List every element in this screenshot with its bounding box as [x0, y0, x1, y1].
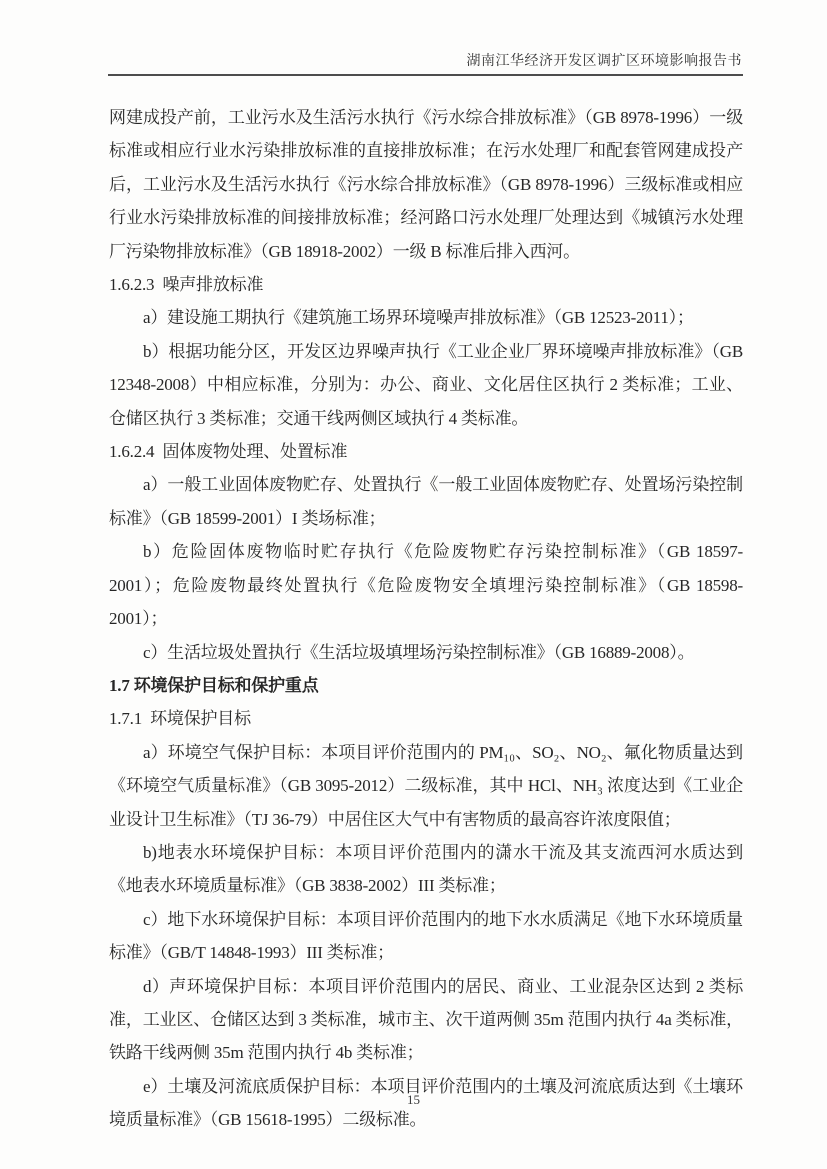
heading-solid-waste-standards: 1.6.2.4 固体废物处理、处置标准 — [109, 435, 743, 468]
page-footer: 15 — [0, 1092, 827, 1108]
header-title: 湖南江华经济开发区调扩区环境影响报告书 — [467, 50, 743, 70]
list-item-air-protection: a）环境空气保护目标：本项目评价范围内的 PM₁₀、SO₂、NO₂、氟化物质量达… — [109, 736, 743, 836]
list-item-solid-waste-a: a）一般工业固体废物贮存、处置执行《一般工业固体废物贮存、处置场污染控制标准》（… — [109, 468, 743, 535]
heading-environmental-protection-targets: 1.7 环境保护目标和保护重点 — [109, 669, 743, 702]
document-body: 网建成投产前，工业污水及生活污水执行《污水综合排放标准》（GB 8978-199… — [109, 101, 743, 1137]
list-item-groundwater-protection: c）地下水环境保护目标：本项目评价范围内的地下水水质满足《地下水环境质量标准》（… — [109, 903, 743, 970]
list-item-acoustic-protection: d）声环境保护目标：本项目评价范围内的居民、商业、工业混杂区达到 2 类标准，工… — [109, 970, 743, 1070]
list-item-noise-a: a）建设施工期执行《建筑施工场界环境噪声排放标准》（GB 12523-2011）… — [109, 301, 743, 334]
list-item-solid-waste-c: c）生活垃圾处置执行《生活垃圾填埋场污染控制标准》（GB 16889-2008）… — [109, 636, 743, 669]
heading-noise-emission-standards: 1.6.2.3 噪声排放标准 — [109, 268, 743, 301]
heading-protection-target-subsection: 1.7.1 环境保护目标 — [109, 702, 743, 735]
paragraph-wastewater-discharge-standards: 网建成投产前，工业污水及生活污水执行《污水综合排放标准》（GB 8978-199… — [109, 101, 743, 268]
list-item-surface-water-protection: b)地表水环境保护目标：本项目评价范围内的潇水干流及其支流西河水质达到《地表水环… — [109, 836, 743, 903]
page-number: 15 — [407, 1092, 420, 1107]
document-page: 湖南江华经济开发区调扩区环境影响报告书 网建成投产前，工业污水及生活污水执行《污… — [0, 0, 827, 1169]
list-item-solid-waste-b: b）危险固体废物临时贮存执行《危险废物贮存污染控制标准》（GB 18597-20… — [109, 535, 743, 635]
list-item-noise-b: b）根据功能分区，开发区边界噪声执行《工业企业厂界环境噪声排放标准》（GB 12… — [109, 335, 743, 435]
header-rule — [108, 74, 743, 76]
